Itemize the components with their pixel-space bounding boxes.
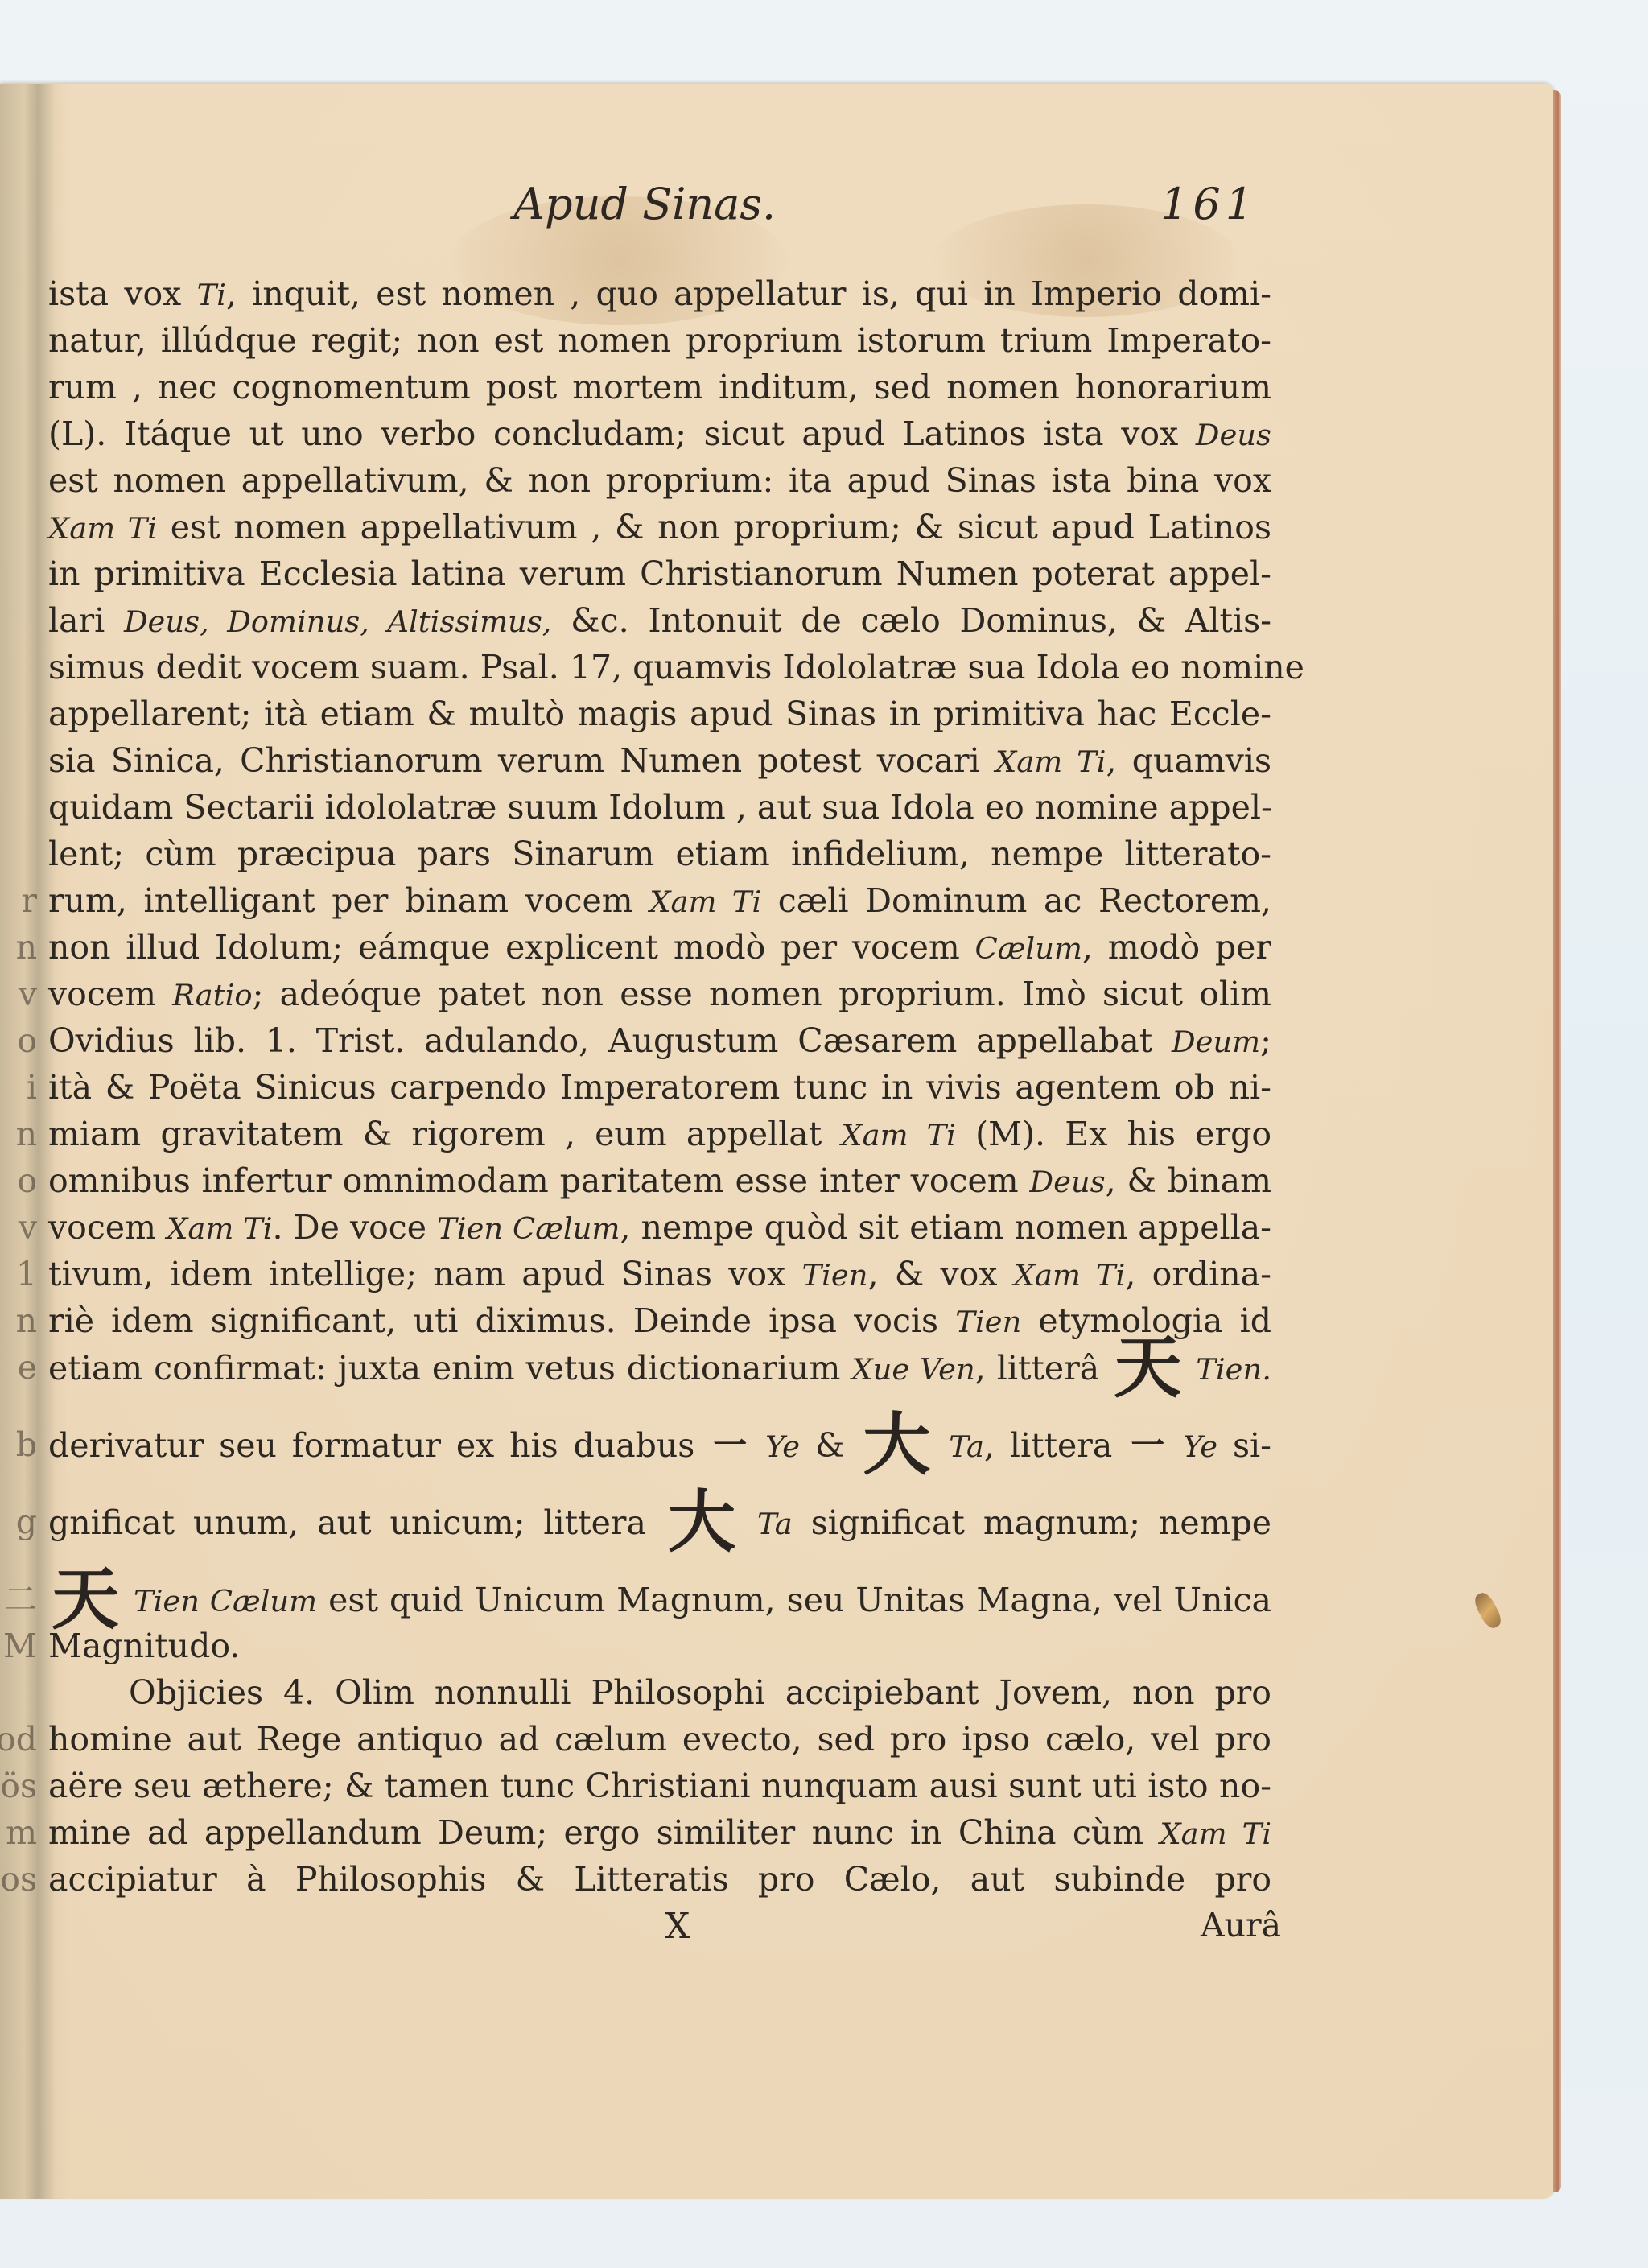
text-run: , & vox bbox=[867, 1255, 1013, 1293]
text-run: aëre seu æthere; & tamen tunc Christiani… bbox=[48, 1767, 1271, 1805]
bleed-through-glyph: n bbox=[0, 927, 37, 967]
text-run: quidam Sectarii idololatræ suum Idolum ,… bbox=[48, 788, 1272, 827]
bleed-through-glyph: m bbox=[0, 1812, 37, 1853]
bleed-through-glyph: r bbox=[0, 880, 37, 921]
text-line: derivatur seu formatur ex his duabus 一 Y… bbox=[48, 1425, 1271, 1467]
text-run: lent; cùm præcipua pars Sinarum etiam in… bbox=[48, 835, 1271, 873]
text-run: gnificat unum, aut unicum; littera bbox=[48, 1503, 665, 1542]
italic-term: Cælum bbox=[975, 931, 1082, 966]
italic-term: Ta bbox=[949, 1429, 984, 1464]
text-run: cæli Dominum ac Rectorem, bbox=[761, 881, 1271, 920]
text-line: homine aut Rege antiquo ad cælum evecto,… bbox=[48, 1719, 1271, 1759]
italic-term: Xam Ti bbox=[167, 1211, 272, 1246]
text-run: omnibus infertur omnimodam paritatem ess… bbox=[48, 1161, 1030, 1200]
text-line: lent; cùm præcipua pars Sinarum etiam in… bbox=[48, 834, 1271, 874]
bleed-through-glyph: n bbox=[0, 1114, 37, 1154]
bleed-through-glyph: g bbox=[0, 1502, 37, 1542]
italic-term: Xam Ti bbox=[1014, 1258, 1126, 1293]
text-run: homine aut Rege antiquo ad cælum evecto,… bbox=[48, 1720, 1271, 1759]
text-run: appellarent; ità etiam & multò magis apu… bbox=[48, 695, 1271, 733]
text-run: significat magnum; nempe bbox=[793, 1503, 1271, 1542]
text-line: ità & Poëta Sinicus carpendo Imperatorem… bbox=[48, 1067, 1271, 1107]
text-line: non illud Idolum; eámque explicent modò … bbox=[48, 927, 1271, 969]
text-line: rum, intelligant per binam vocem Xam Ti … bbox=[48, 880, 1271, 922]
text-run: riè idem significant, uti diximus. Deind… bbox=[48, 1301, 955, 1340]
bleed-through-glyph: v bbox=[0, 974, 37, 1014]
text-run: (L). Itáque ut uno verbo concludam; sicu… bbox=[48, 414, 1196, 453]
text-run: miam gravitatem & rigorem , eum appellat bbox=[48, 1115, 841, 1153]
bleed-through-glyph: od bbox=[0, 1719, 37, 1759]
text-run: Ovidius lib. 1. Trist. adulando, Augustu… bbox=[48, 1021, 1172, 1060]
text-run: (M). Ex his ergo bbox=[956, 1115, 1271, 1153]
text-line: 天 Tien Cælum est quid Unicum Magnum, seu… bbox=[48, 1579, 1271, 1622]
italic-term: Ti bbox=[197, 278, 226, 312]
bleed-through-glyph: e bbox=[0, 1347, 37, 1388]
signature-mark: X bbox=[665, 1906, 690, 1947]
chinese-character: 天 bbox=[1114, 1347, 1181, 1388]
italic-term: Ye bbox=[765, 1429, 800, 1464]
bleed-through-glyph: v bbox=[0, 1207, 37, 1247]
text-run: non illud Idolum; eámque explicent modò … bbox=[48, 928, 975, 967]
text-line: Ovidius lib. 1. Trist. adulando, Augustu… bbox=[48, 1021, 1271, 1062]
chinese-character: 大 bbox=[668, 1502, 735, 1542]
text-line: in primitiva Ecclesia latina verum Chris… bbox=[48, 554, 1271, 594]
italic-term: Ye bbox=[1183, 1429, 1217, 1464]
italic-term: Deus, Dominus, Altissimus, bbox=[124, 604, 552, 639]
text-run: accipiatur à Philosophis & Litteratis pr… bbox=[48, 1860, 1271, 1899]
italic-term: Xam Ti bbox=[649, 885, 761, 919]
bleed-through-glyph: i bbox=[0, 1067, 37, 1107]
text-run: , inquit, est nomen , quo appellatur is,… bbox=[226, 274, 1271, 313]
text-run: , modò per bbox=[1082, 928, 1271, 967]
text-run: &c. Intonuit de cælo Dominus, & Altis- bbox=[551, 601, 1271, 640]
italic-term: Deus bbox=[1030, 1165, 1106, 1199]
text-line: aëre seu æthere; & tamen tunc Christiani… bbox=[48, 1766, 1271, 1806]
text-run: etiam confirmat: juxta enim vetus dictio… bbox=[48, 1349, 851, 1388]
text-line: natur, illúdque regit; non est nomen pro… bbox=[48, 320, 1271, 361]
italic-term: Tien bbox=[801, 1258, 867, 1293]
italic-term: Tien bbox=[955, 1305, 1021, 1339]
running-head: Apud Sinas. bbox=[513, 179, 776, 229]
text-line: Xam Ti est nomen appellativum , & non pr… bbox=[48, 507, 1271, 549]
catchword: Aurâ bbox=[1201, 1906, 1281, 1944]
text-line: tivum, idem intellige; nam apud Sinas vo… bbox=[48, 1254, 1271, 1296]
text-line: etiam confirmat: juxta enim vetus dictio… bbox=[48, 1347, 1271, 1390]
italic-term: Tien. bbox=[1196, 1352, 1271, 1387]
text-run bbox=[933, 1426, 949, 1465]
bleed-through-glyph: M bbox=[0, 1626, 37, 1666]
page-fore-edge bbox=[1553, 90, 1561, 2192]
text-run: . De voce bbox=[273, 1208, 438, 1247]
text-run: ; adeóque patet non esse nomen proprium.… bbox=[253, 975, 1271, 1013]
text-run: est nomen appellativum , & non proprium;… bbox=[157, 508, 1271, 546]
chinese-character: 天 bbox=[51, 1579, 119, 1619]
text-line: gnificat unum, aut unicum; littera 大 Ta … bbox=[48, 1502, 1271, 1544]
text-line: Objicies 4. Olim nonnulli Philosophi acc… bbox=[48, 1672, 1271, 1713]
text-run bbox=[750, 1426, 765, 1465]
text-run bbox=[1168, 1426, 1183, 1465]
text-run: & bbox=[800, 1426, 859, 1465]
text-line: est nomen appellativum, & non proprium: … bbox=[48, 460, 1271, 501]
italic-term: Tien Cælum bbox=[437, 1211, 620, 1246]
italic-term: Ratio bbox=[172, 978, 252, 1012]
text-run bbox=[122, 1581, 134, 1619]
text-run: , & binam bbox=[1106, 1161, 1271, 1200]
page-number: 161 bbox=[1160, 179, 1258, 229]
bleed-through-glyph: ös bbox=[0, 1766, 37, 1806]
italic-term: Xam Ti bbox=[995, 744, 1106, 779]
text-line: rum , nec cognomentum post mortem inditu… bbox=[48, 367, 1271, 407]
bleed-through-glyph: o bbox=[0, 1161, 37, 1201]
bleed-through-glyph: 二 bbox=[0, 1579, 37, 1619]
text-line: miam gravitatem & rigorem , eum appellat… bbox=[48, 1114, 1271, 1156]
bleed-through-glyph: o bbox=[0, 1021, 37, 1061]
italic-term: Xue Ven bbox=[851, 1352, 974, 1387]
text-run: , ordina- bbox=[1125, 1255, 1271, 1293]
bleed-through-glyph: os bbox=[0, 1859, 37, 1899]
text-line: vocem Ratio; adeóque patet non esse nome… bbox=[48, 974, 1271, 1016]
text-run: natur, illúdque regit; non est nomen pro… bbox=[48, 321, 1271, 360]
text-run: Magnitudo. bbox=[48, 1627, 240, 1665]
text-line: quidam Sectarii idololatræ suum Idolum ,… bbox=[48, 787, 1271, 827]
text-run: Objicies 4. Olim nonnulli Philosophi acc… bbox=[129, 1673, 1271, 1712]
text-run: est quid Unicum Magnum, seu Unitas Magna… bbox=[317, 1581, 1271, 1619]
text-line: appellarent; ità etiam & multò magis apu… bbox=[48, 694, 1271, 734]
text-run: mine ad appellandum Deum; ergo similiter… bbox=[48, 1813, 1160, 1852]
text-run: est nomen appellativum, & non proprium: … bbox=[48, 461, 1271, 500]
text-line: (L). Itáque ut uno verbo concludam; sicu… bbox=[48, 414, 1271, 456]
text-run: si- bbox=[1217, 1426, 1271, 1465]
text-line: mine ad appellandum Deum; ergo similiter… bbox=[48, 1812, 1271, 1854]
text-run: , litterâ bbox=[975, 1349, 1111, 1388]
bleed-through-glyph: b bbox=[0, 1425, 37, 1465]
text-run: rum, intelligant per binam vocem bbox=[48, 881, 649, 920]
text-run: , littera bbox=[984, 1426, 1127, 1465]
text-line: Magnitudo. bbox=[48, 1626, 1271, 1666]
text-run: vocem bbox=[48, 975, 172, 1013]
text-run: ità & Poëta Sinicus carpendo Imperatorem… bbox=[48, 1068, 1271, 1107]
italic-term: Xam Ti bbox=[841, 1118, 956, 1153]
text-run: ista vox bbox=[48, 274, 197, 313]
italic-term: Xam Ti bbox=[1160, 1816, 1271, 1851]
chinese-character: 一 bbox=[713, 1425, 747, 1466]
text-run: tivum, idem intellige; nam apud Sinas vo… bbox=[48, 1255, 801, 1293]
text-run: simus dedit vocem suam. Psal. 17, quamvi… bbox=[48, 648, 1304, 687]
italic-term: Deum bbox=[1172, 1025, 1260, 1059]
text-run: in primitiva Ecclesia latina verum Chris… bbox=[48, 555, 1271, 593]
text-run: ; bbox=[1260, 1021, 1271, 1060]
italic-term: Xam Ti bbox=[48, 511, 157, 546]
italic-term: Deus bbox=[1196, 418, 1271, 452]
text-run: derivatur seu formatur ex his duabus bbox=[48, 1426, 710, 1465]
text-line: vocem Xam Ti. De voce Tien Cælum, nempe … bbox=[48, 1207, 1271, 1249]
text-line: omnibus infertur omnimodam paritatem ess… bbox=[48, 1161, 1271, 1202]
text-run: sia Sinica, Christianorum verum Numen po… bbox=[48, 741, 995, 780]
text-run bbox=[739, 1503, 757, 1542]
bleed-through-glyph: n bbox=[0, 1301, 37, 1341]
chinese-character: 一 bbox=[1131, 1425, 1164, 1466]
bleed-through-glyph: 1 bbox=[0, 1254, 37, 1294]
text-line: riè idem significant, uti diximus. Deind… bbox=[48, 1301, 1271, 1342]
text-run: , nempe quòd sit etiam nomen appella- bbox=[620, 1208, 1271, 1247]
text-run: , quamvis bbox=[1106, 741, 1271, 780]
italic-term: Tien Cælum bbox=[134, 1584, 317, 1619]
text-line: accipiatur à Philosophis & Litteratis pr… bbox=[48, 1859, 1271, 1899]
text-line: lari Deus, Dominus, Altissimus, &c. Into… bbox=[48, 600, 1271, 642]
chinese-character: 大 bbox=[863, 1425, 930, 1465]
text-line: ista vox Ti, inquit, est nomen , quo app… bbox=[48, 274, 1271, 315]
text-line: sia Sinica, Christianorum verum Numen po… bbox=[48, 740, 1271, 782]
text-run: lari bbox=[48, 601, 124, 640]
text-run: rum , nec cognomentum post mortem inditu… bbox=[48, 368, 1271, 406]
italic-term: Ta bbox=[757, 1507, 793, 1541]
text-run bbox=[1184, 1349, 1196, 1388]
text-run: vocem bbox=[48, 1208, 167, 1247]
text-line: simus dedit vocem suam. Psal. 17, quamvi… bbox=[48, 647, 1271, 687]
